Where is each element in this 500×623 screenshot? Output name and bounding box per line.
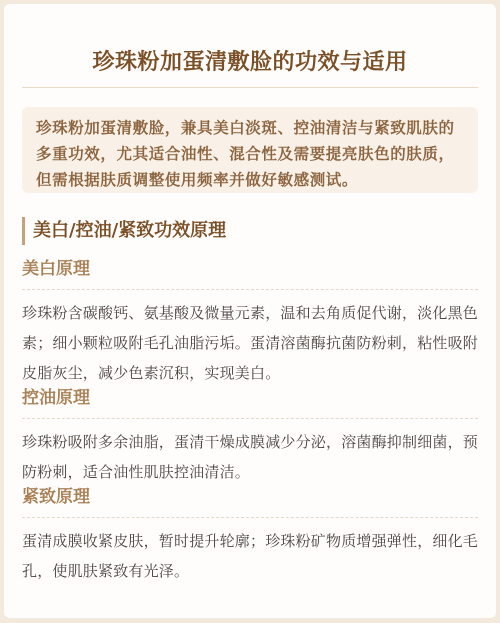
subsection-title: 美白原理 bbox=[22, 257, 478, 281]
dashed-divider bbox=[22, 289, 478, 290]
subsection-title: 控油原理 bbox=[22, 386, 478, 410]
article-card: 珍珠粉加蛋清敷脸的功效与适用 珍珠粉加蛋清敷脸，兼具美白淡斑、控油清洁与紧致肌肤… bbox=[4, 4, 496, 618]
subsection-body: 蛋清成膜收紧皮肤，暂时提升轮廓；珍珠粉矿物质增强弹性，细化毛孔，使肌肤紧致有光泽… bbox=[22, 526, 478, 586]
summary-box: 珍珠粉加蛋清敷脸，兼具美白淡斑、控油清洁与紧致肌肤的多重功效，尤其适合油性、混合… bbox=[22, 107, 478, 193]
subsection-oil-control: 控油原理 珍珠粉吸附多余油脂，蛋清干燥成膜减少分泌，溶菌酶抑制细菌，预防粉刺，适… bbox=[22, 386, 478, 487]
section-heading: 美白/控油/紧致功效原理 bbox=[22, 216, 226, 246]
dashed-divider bbox=[22, 418, 478, 419]
section-title: 美白/控油/紧致功效原理 bbox=[33, 217, 226, 245]
page-title: 珍珠粉加蛋清敷脸的功效与适用 bbox=[4, 48, 496, 78]
subsection-whitening: 美白原理 珍珠粉含碳酸钙、氨基酸及微量元素，温和去角质促代谢，淡化黑色素；细小颗… bbox=[22, 257, 478, 388]
dashed-divider bbox=[22, 517, 478, 518]
subsection-body: 珍珠粉吸附多余油脂，蛋清干燥成膜减少分泌，溶菌酶抑制细菌，预防粉刺，适合油性肌肤… bbox=[22, 427, 478, 487]
subsection-title: 紧致原理 bbox=[22, 485, 478, 509]
title-divider bbox=[22, 87, 478, 88]
section-accent-bar bbox=[22, 217, 25, 245]
subsection-body: 珍珠粉含碳酸钙、氨基酸及微量元素，温和去角质促代谢，淡化黑色素；细小颗粒吸附毛孔… bbox=[22, 298, 478, 388]
subsection-firming: 紧致原理 蛋清成膜收紧皮肤，暂时提升轮廓；珍珠粉矿物质增强弹性，细化毛孔，使肌肤… bbox=[22, 485, 478, 586]
